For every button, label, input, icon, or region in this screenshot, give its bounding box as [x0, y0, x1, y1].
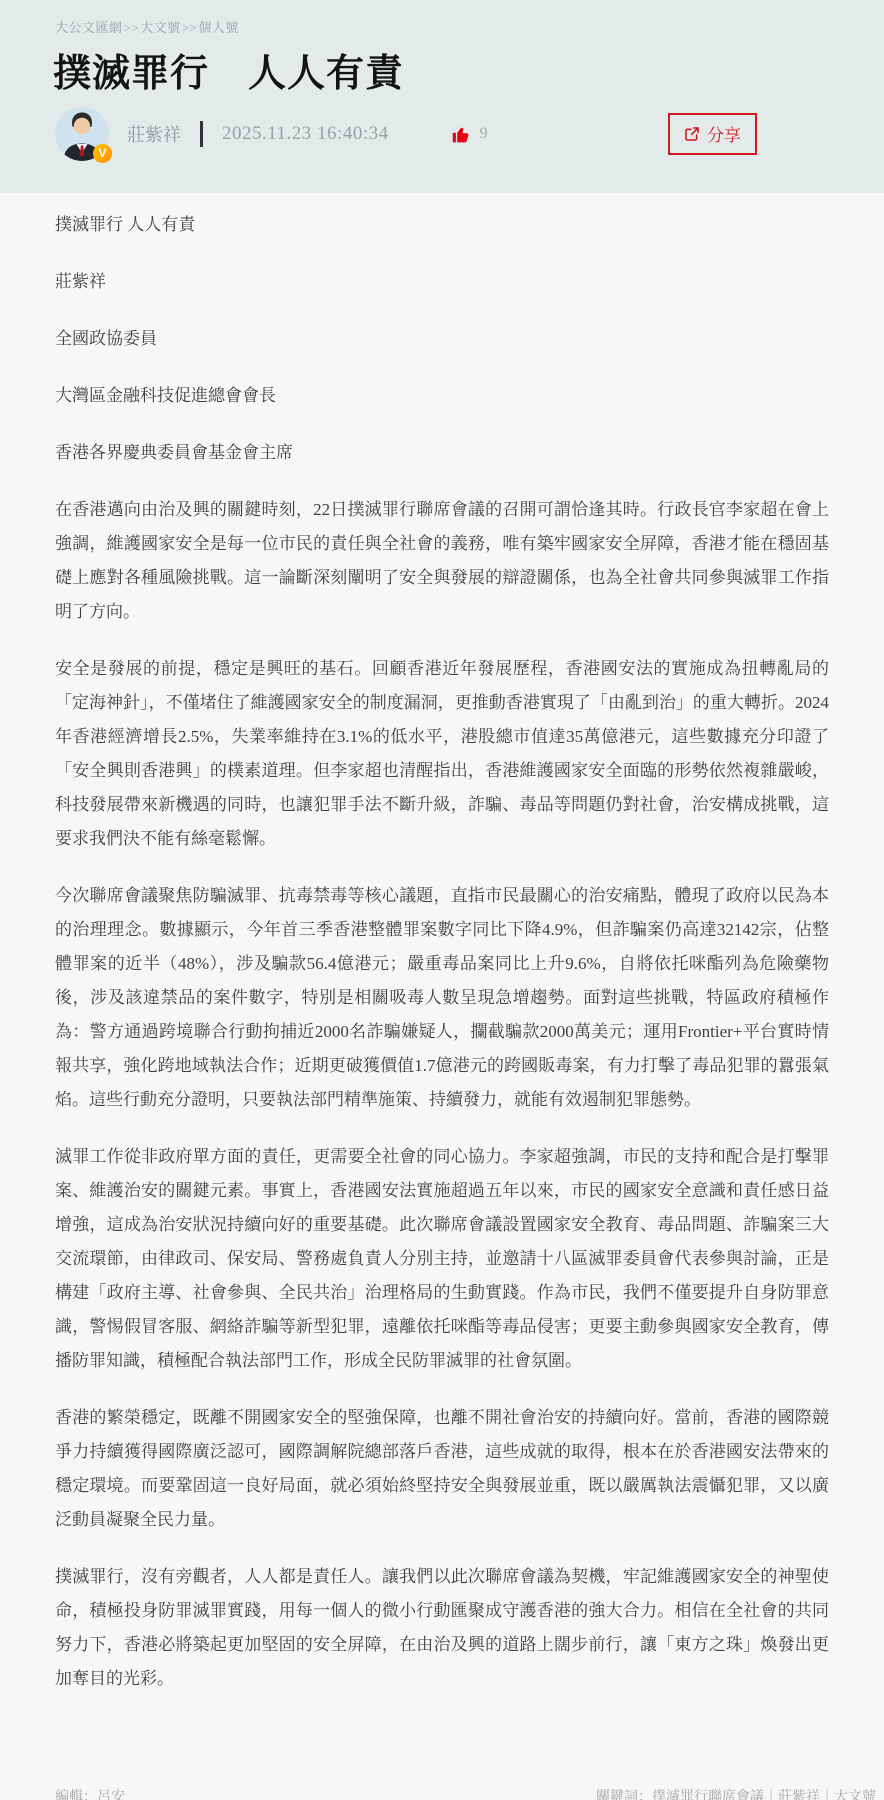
article-paragraph: 安全是發展的前提，穩定是興旺的基石。回顧香港近年發展歷程，香港國安法的實施成為扭…	[55, 652, 829, 856]
keywords[interactable]: 關鍵詞：撲滅罪行聯席會議｜莊紫祥｜大文號	[596, 1786, 876, 1800]
breadcrumb: 大公文匯網>>大文號>>個人號	[55, 17, 239, 36]
author-avatar[interactable]: V	[55, 107, 109, 161]
thumbs-up-icon[interactable]	[451, 124, 472, 145]
breadcrumb-item-home[interactable]: 大公文匯網	[55, 20, 123, 35]
article-paragraph: 滅罪工作從非政府單方面的責任，更需要全社會的同心協力。李家超強調，市民的支持和配…	[55, 1140, 829, 1378]
verified-v-badge-icon: V	[93, 144, 112, 163]
article-paragraph: 香港各界慶典委員會基金會主席	[55, 436, 829, 470]
meta-divider	[200, 121, 203, 147]
like-count: 9	[480, 125, 488, 143]
article-paragraph: 今次聯席會議聚焦防騙滅罪、抗毒禁毒等核心議題，直指市民最關心的治安痛點，體現了政…	[55, 879, 829, 1117]
article-footer: 編輯：呂安 關鍵詞：撲滅罪行聯席會議｜莊紫祥｜大文號	[55, 1786, 876, 1800]
page-title: 撲滅罪行 人人有責	[53, 42, 404, 97]
article-header: 大公文匯網>>大文號>>個人號 撲滅罪行 人人有責 V	[0, 0, 884, 193]
article-paragraph: 撲滅罪行 人人有責	[55, 208, 829, 242]
share-button[interactable]: 分享	[668, 113, 757, 155]
breadcrumb-separator: >>	[124, 20, 140, 35]
author-row: V 莊紫祥 2025.11.23 16:40:34 9 分享	[55, 106, 829, 162]
article-paragraph: 全國政協委員	[55, 322, 829, 356]
editor-credit: 編輯：呂安	[55, 1786, 125, 1800]
article-paragraph: 撲滅罪行，沒有旁觀者，人人都是責任人。讓我們以此次聯席會議為契機，牢記維護國家安…	[55, 1560, 829, 1696]
breadcrumb-separator: >>	[182, 20, 198, 35]
article-body: 撲滅罪行 人人有責 莊紫祥 全國政協委員 大灣區金融科技促進總會會長 香港各界慶…	[0, 193, 884, 1696]
publish-date: 2025.11.23 16:40:34	[222, 123, 389, 145]
breadcrumb-item-section[interactable]: 大文號	[140, 20, 181, 35]
breadcrumb-item-channel[interactable]: 個人號	[198, 20, 239, 35]
article-paragraph: 莊紫祥	[55, 265, 829, 299]
article-paragraph: 大灣區金融科技促進總會會長	[55, 379, 829, 413]
share-button-label: 分享	[707, 121, 741, 146]
article-page: 大公文匯網>>大文號>>個人號 撲滅罪行 人人有責 V	[0, 0, 884, 1800]
author-name[interactable]: 莊紫祥	[127, 121, 181, 147]
like-group[interactable]: 9	[451, 124, 488, 145]
share-box-arrow-icon	[684, 126, 700, 142]
article-paragraph: 香港的繁榮穩定，既離不開國家安全的堅強保障，也離不開社會治安的持續向好。當前，香…	[55, 1401, 829, 1537]
article-paragraph: 在香港邁向由治及興的關鍵時刻，22日撲滅罪行聯席會議的召開可謂恰逢其時。行政長官…	[55, 493, 829, 629]
